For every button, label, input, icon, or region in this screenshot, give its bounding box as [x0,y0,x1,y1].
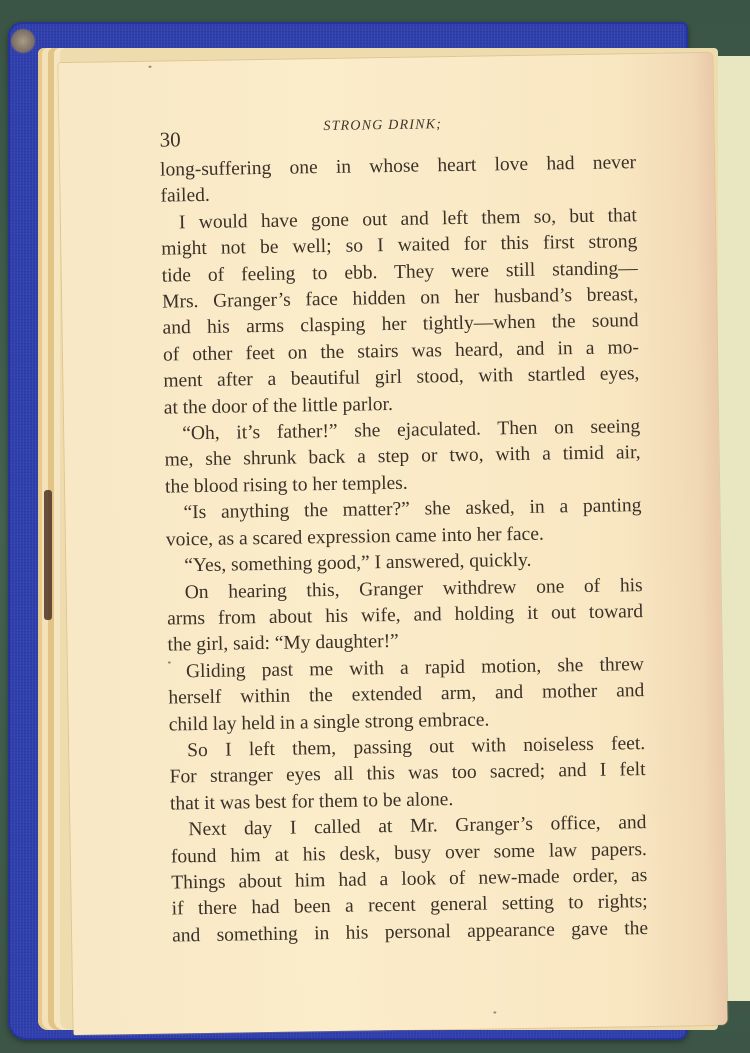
paper-speck [168,662,171,664]
page-edge-stain [44,490,52,620]
paper-speck [493,1011,496,1013]
running-head: STRONG DRINK; [323,117,442,135]
page-header: 30 STRONG DRINK; [159,114,639,152]
page-number: 30 [159,127,180,152]
page-body-text: long-suffering one in whose heart love h… [160,150,648,950]
cover-corner-wear [10,28,36,54]
book-page: 30 STRONG DRINK; long-suffering one in w… [58,53,727,1035]
paper-speck [148,66,151,68]
